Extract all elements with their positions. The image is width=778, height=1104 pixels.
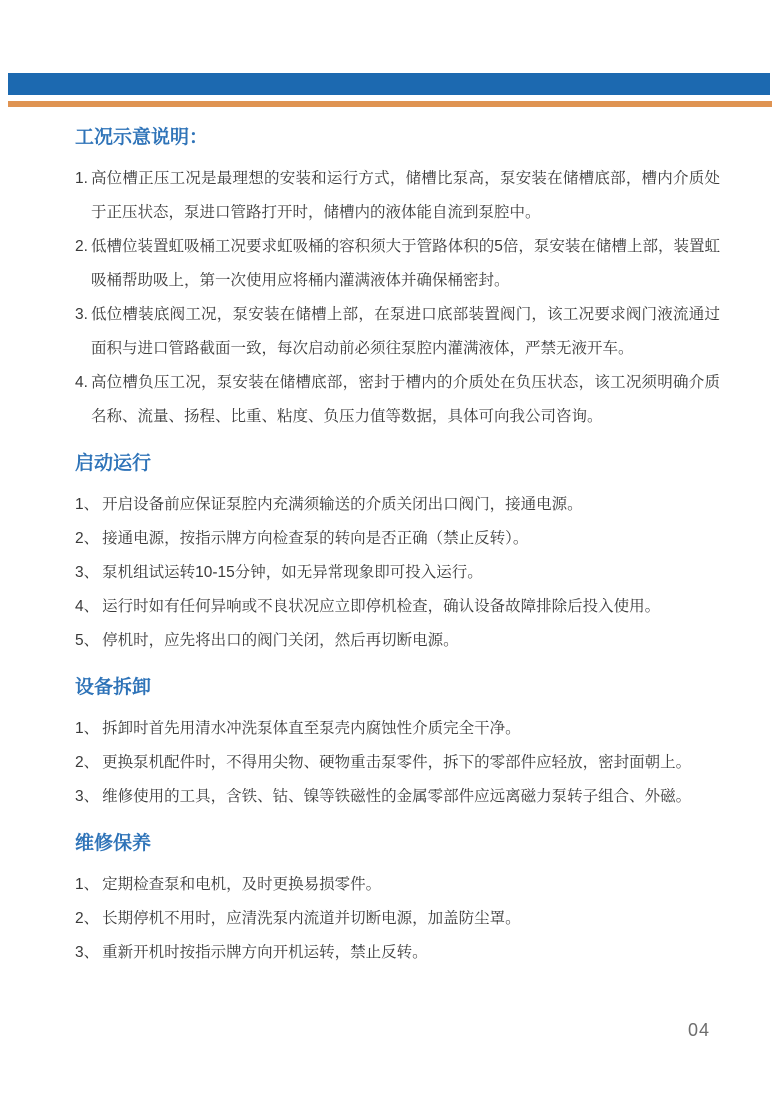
list-item-marker: 1、 bbox=[75, 488, 99, 522]
list-item: 1、 定期检查泵和电机，及时更换易损零件。 bbox=[75, 868, 720, 902]
list-item: 3、 维修使用的工具，含铁、钴、镍等铁磁性的金属零部件应远离磁力泵转子组合、外磁… bbox=[75, 780, 720, 814]
list-item-text: 重新开机时按指示牌方向开机运转，禁止反转。 bbox=[102, 936, 720, 970]
list-item: 1、 拆卸时首先用清水冲洗泵体直至泵壳内腐蚀性介质完全干净。 bbox=[75, 712, 720, 746]
list-item: 1、 开启设备前应保证泵腔内充满须输送的介质关闭出口阀门，接通电源。 bbox=[75, 488, 720, 522]
list-item-text: 低位槽装底阀工况，泵安装在储槽上部，在泵进口底部装置阀门，该工况要求阀门液流通过… bbox=[91, 298, 720, 366]
list-item: 4、 运行时如有任何异响或不良状况应立即停机检查，确认设备故障排除后投入使用。 bbox=[75, 590, 720, 624]
list-item-marker: 3. bbox=[75, 298, 88, 332]
list-item-marker: 1、 bbox=[75, 712, 99, 746]
list-item-marker: 2、 bbox=[75, 902, 99, 936]
list-item-marker: 3、 bbox=[75, 556, 99, 590]
section-working-conditions: 工况示意说明： 1. 高位槽正压工况是最理想的安装和运行方式，储槽比泵高，泵安装… bbox=[75, 125, 720, 434]
list-item-text: 维修使用的工具，含铁、钴、镍等铁磁性的金属零部件应远离磁力泵转子组合、外磁。 bbox=[102, 780, 720, 814]
list-item-marker: 3、 bbox=[75, 780, 99, 814]
list-item-text: 泵机组试运转10-15分钟，如无异常现象即可投入运行。 bbox=[102, 556, 720, 590]
list-item-marker: 3、 bbox=[75, 936, 99, 970]
section-title: 启动运行 bbox=[75, 451, 720, 477]
list-item: 2. 低槽位装置虹吸桶工况要求虹吸桶的容积须大于管路体积的5倍，泵安装在储槽上部… bbox=[75, 230, 720, 298]
section-title: 设备拆卸 bbox=[75, 675, 720, 701]
list-item: 3. 低位槽装底阀工况，泵安装在储槽上部，在泵进口底部装置阀门，该工况要求阀门液… bbox=[75, 298, 720, 366]
list-item-marker: 2、 bbox=[75, 522, 99, 556]
list-item-marker: 4. bbox=[75, 366, 88, 400]
list-item-text: 低槽位装置虹吸桶工况要求虹吸桶的容积须大于管路体积的5倍，泵安装在储槽上部，装置… bbox=[91, 230, 720, 298]
list-item-marker: 2、 bbox=[75, 746, 99, 780]
list-item-text: 开启设备前应保证泵腔内充满须输送的介质关闭出口阀门，接通电源。 bbox=[102, 488, 720, 522]
list-item-text: 停机时，应先将出口的阀门关闭，然后再切断电源。 bbox=[102, 624, 720, 658]
header-blue-bar bbox=[8, 73, 770, 95]
page-number: 04 bbox=[688, 1018, 710, 1042]
section-title: 工况示意说明： bbox=[75, 125, 720, 151]
list-item-text: 高位槽负压工况，泵安装在储槽底部，密封于槽内的介质处在负压状态，该工况须明确介质… bbox=[91, 366, 720, 434]
list-item: 4. 高位槽负压工况，泵安装在储槽底部，密封于槽内的介质处在负压状态，该工况须明… bbox=[75, 366, 720, 434]
section-title: 维修保养 bbox=[75, 831, 720, 857]
list-item: 2、 更换泵机配件时，不得用尖物、硬物重击泵零件，拆下的零部件应轻放，密封面朝上… bbox=[75, 746, 720, 780]
list-item-text: 定期检查泵和电机，及时更换易损零件。 bbox=[102, 868, 720, 902]
section-equipment-disassembly: 设备拆卸 1、 拆卸时首先用清水冲洗泵体直至泵壳内腐蚀性介质完全干净。 2、 更… bbox=[75, 675, 720, 814]
section-startup-operation: 启动运行 1、 开启设备前应保证泵腔内充满须输送的介质关闭出口阀门，接通电源。 … bbox=[75, 451, 720, 658]
list-item-marker: 5、 bbox=[75, 624, 99, 658]
list-item: 2、 长期停机不用时，应清洗泵内流道并切断电源，加盖防尘罩。 bbox=[75, 902, 720, 936]
document-page: 工况示意说明： 1. 高位槽正压工况是最理想的安装和运行方式，储槽比泵高，泵安装… bbox=[0, 0, 778, 1104]
list-item-marker: 2. bbox=[75, 230, 88, 264]
list-item: 1. 高位槽正压工况是最理想的安装和运行方式，储槽比泵高，泵安装在储槽底部，槽内… bbox=[75, 162, 720, 230]
list-item-text: 拆卸时首先用清水冲洗泵体直至泵壳内腐蚀性介质完全干净。 bbox=[102, 712, 720, 746]
list-item: 3、 泵机组试运转10-15分钟，如无异常现象即可投入运行。 bbox=[75, 556, 720, 590]
list-item-text: 运行时如有任何异响或不良状况应立即停机检查，确认设备故障排除后投入使用。 bbox=[102, 590, 720, 624]
header-orange-stripe bbox=[8, 101, 772, 107]
list-item: 2、 接通电源，按指示牌方向检查泵的转向是否正确（禁止反转）。 bbox=[75, 522, 720, 556]
list-item-text: 更换泵机配件时，不得用尖物、硬物重击泵零件，拆下的零部件应轻放，密封面朝上。 bbox=[102, 746, 720, 780]
list-item-text: 长期停机不用时，应清洗泵内流道并切断电源，加盖防尘罩。 bbox=[102, 902, 720, 936]
list-item-marker: 4、 bbox=[75, 590, 99, 624]
list-item: 5、 停机时，应先将出口的阀门关闭，然后再切断电源。 bbox=[75, 624, 720, 658]
list-item: 3、 重新开机时按指示牌方向开机运转，禁止反转。 bbox=[75, 936, 720, 970]
list-item-text: 接通电源，按指示牌方向检查泵的转向是否正确（禁止反转）。 bbox=[102, 522, 720, 556]
page-content: 工况示意说明： 1. 高位槽正压工况是最理想的安装和运行方式，储槽比泵高，泵安装… bbox=[75, 125, 720, 970]
list-item-text: 高位槽正压工况是最理想的安装和运行方式，储槽比泵高，泵安装在储槽底部，槽内介质处… bbox=[91, 162, 720, 230]
list-item-marker: 1. bbox=[75, 162, 88, 196]
list-item-marker: 1、 bbox=[75, 868, 99, 902]
section-maintenance: 维修保养 1、 定期检查泵和电机，及时更换易损零件。 2、 长期停机不用时，应清… bbox=[75, 831, 720, 970]
